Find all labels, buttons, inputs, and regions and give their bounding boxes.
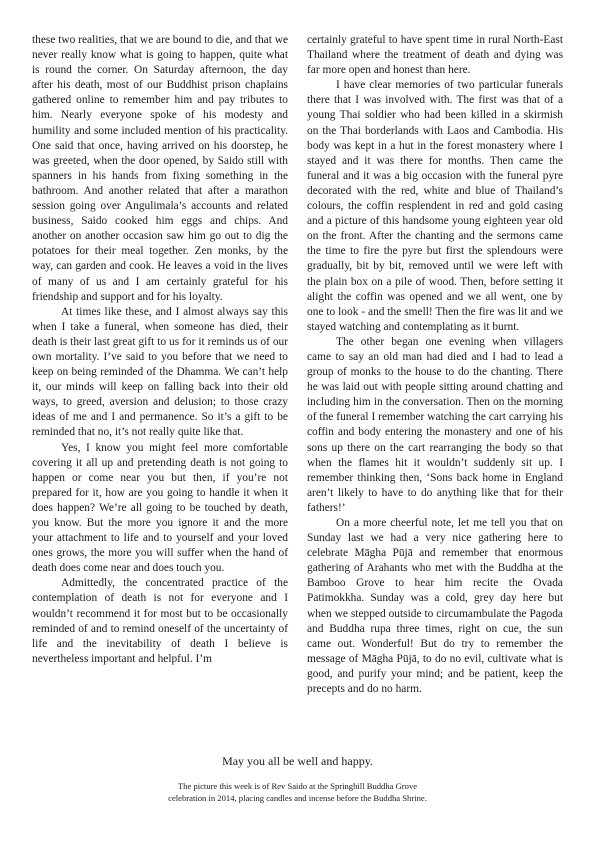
- paragraph-old-man-funeral: The other began one evening when village…: [307, 335, 563, 516]
- caption-line-2: celebration in 2014, placing candles and…: [0, 793, 595, 805]
- document-page: these two realities, that we are bound t…: [0, 0, 595, 842]
- two-column-body: these two realities, that we are bound t…: [32, 33, 563, 697]
- picture-caption: The picture this week is of Rev Saido at…: [0, 781, 595, 804]
- paragraph-comfortable-covering-up: Yes, I know you might feel more comforta…: [32, 441, 288, 577]
- paragraph-soldier-funeral: I have clear memories of two particular …: [307, 78, 563, 335]
- paragraph-continued-thailand: certainly grateful to have spent time in…: [307, 33, 563, 78]
- closing-blessing: May you all be well and happy.: [0, 754, 595, 768]
- left-column: these two realities, that we are bound t…: [32, 33, 288, 697]
- paragraph-at-times-like-these: At times like these, and I almost always…: [32, 305, 288, 441]
- caption-line-1: The picture this week is of Rev Saido at…: [0, 781, 595, 793]
- right-column: certainly grateful to have spent time in…: [307, 33, 563, 697]
- paragraph-contemplation-of-death: Admittedly, the concentrated practice of…: [32, 576, 288, 667]
- paragraph-magha-puja: On a more cheerful note, let me tell you…: [307, 516, 563, 697]
- paragraph-continued-from-previous-page: these two realities, that we are bound t…: [32, 33, 288, 305]
